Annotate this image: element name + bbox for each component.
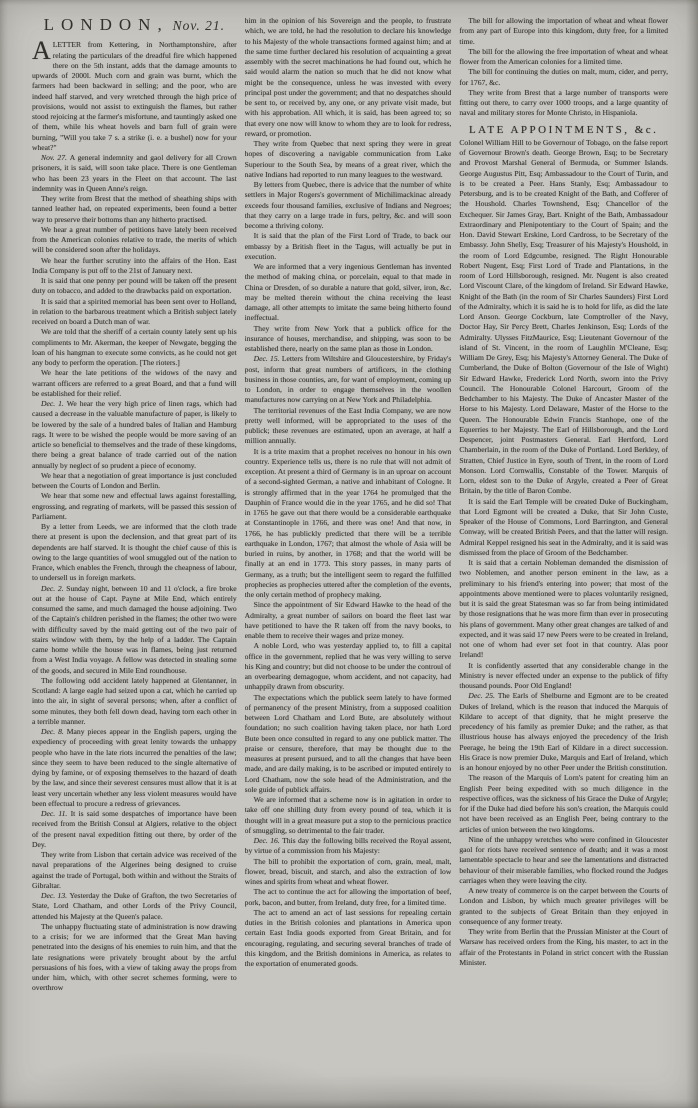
news-paragraph: They write from New York that a publick … [245,324,452,355]
column-2-blocks: him in the opinion of his Sovereign and … [245,16,452,969]
dateline: Dec. 1. [41,399,67,408]
news-paragraph: We hear that some new and effectual laws… [32,491,237,522]
masthead: LONDON, Nov. 21. [32,20,237,33]
column-1-blocks: ALETTER from Kettering, in Northamptonsh… [32,40,237,993]
news-column-1: LONDON, Nov. 21. ALETTER from Kettering,… [32,16,237,1108]
news-paragraph: We hear a great number of petitions have… [32,225,237,256]
news-paragraph: Nov. 27. A general indemnity and gaol de… [32,153,237,194]
news-paragraph: The act to amend an act of last sessions… [245,908,452,970]
masthead-city: LONDON, [44,16,169,34]
news-paragraph: It is said that the plan of the First Lo… [245,231,452,262]
news-paragraph: ALETTER from Kettering, in Northamptonsh… [32,40,237,153]
news-paragraph: We hear that a negotiation of great impo… [32,471,237,492]
news-paragraph: We hear the further scrutiny into the af… [32,256,237,277]
news-paragraph: It is said the Earl Temple will be creat… [459,497,668,559]
news-paragraph: The reason of the Marquis of Lorn's pate… [459,773,668,835]
news-paragraph: By a letter from Leeds, we are informed … [32,522,237,584]
dateline: Dec. 8. [41,727,67,736]
news-paragraph: him in the opinion of his Sovereign and … [245,16,452,139]
news-paragraph: We are informed that a very ingenious Ge… [245,262,452,324]
news-paragraph: Dec. 13. Yesterday the Duke of Grafton, … [32,891,237,922]
dateline: Dec. 13. [41,891,69,900]
dateline: Dec. 2. [41,584,66,593]
news-paragraph: It is said that a certain Nobleman deman… [459,558,668,661]
news-paragraph: Dec. 2. Sunday night, between 10 and 11 … [32,584,237,676]
news-paragraph: The territorial revenues of the East Ind… [245,406,452,447]
news-paragraph: We are informed that a scheme now is in … [245,795,452,836]
news-paragraph: It is said that one penny per pound will… [32,276,237,297]
news-paragraph: Dec. 1. We hear the very high price of l… [32,399,237,471]
dateline: Nov. 27. [41,153,70,162]
news-paragraph: A noble Lord, who was yesterday applied … [245,641,452,692]
drop-cap: A [32,40,53,61]
news-paragraph: By letters from Quebec, there is advice … [245,180,452,231]
column-layout: LONDON, Nov. 21. ALETTER from Kettering,… [32,16,668,1108]
news-paragraph: Dec. 11. It is said some despatches of i… [32,809,237,850]
masthead-date: Nov. 21. [173,18,225,33]
news-paragraph: Dec. 25. The Earls of Shelburne and Egmo… [459,691,668,773]
news-paragraph: They write from Berlin that the Prussian… [459,927,668,968]
news-paragraph: They write from Quebec that next spring … [245,139,452,180]
dateline: Dec. 16. [254,836,282,845]
news-paragraph: The act to continue the act for allowing… [245,887,452,908]
news-paragraph: The bill for allowing the importation of… [459,16,668,47]
news-paragraph: It is confidently asserted that any cons… [459,661,668,692]
news-paragraph: Nine of the unhappy wretches who were co… [459,835,668,886]
newspaper-page: LONDON, Nov. 21. ALETTER from Kettering,… [0,0,698,1108]
news-paragraph: It is said that a spirited memorial has … [32,297,237,328]
news-paragraph: Colonel William Hill to be Governour of … [459,138,668,497]
news-paragraph: They write from Brest that a large numbe… [459,88,668,119]
news-paragraph: They write from Brest that the method of… [32,194,237,225]
news-paragraph: The bill for continuing the duties on ma… [459,67,668,88]
news-paragraph: Since the appointment of Sir Edward Hawk… [245,600,452,641]
news-paragraph: The expectations which the publick seem … [245,693,452,796]
news-paragraph: We are told that the sheriff of a certai… [32,327,237,368]
news-paragraph: Dec. 16. This day the following bills re… [245,836,452,857]
news-paragraph: They write from Lisbon that certain advi… [32,850,237,891]
dateline: Dec. 11. [41,809,71,818]
column-3-blocks: The bill for allowing the importation of… [459,16,668,968]
news-paragraph: The bill to prohibit the exportation of … [245,857,452,888]
dateline: Dec. 15. [254,354,282,363]
news-column-2: him in the opinion of his Sovereign and … [245,16,452,1108]
news-paragraph: We hear the late petitions of the widows… [32,368,237,399]
news-paragraph: The following odd accident lately happen… [32,676,237,727]
section-heading: LATE APPOINTMENTS, &c. [459,125,668,135]
news-paragraph: Dec. 15. Letters from Wiltshire and Glou… [245,354,452,405]
news-paragraph: The unhappy fluctuating state of adminis… [32,922,237,994]
news-column-3: The bill for allowing the importation of… [459,16,668,1108]
news-paragraph: It is a trite maxim that a prophet recei… [245,447,452,601]
news-paragraph: A new treaty of commerce is on the carpe… [459,886,668,927]
news-paragraph: Dec. 8. Many pieces appear in the Englis… [32,727,237,809]
dateline: Dec. 25. [468,691,497,700]
news-paragraph: The bill for the allowing the free impor… [459,47,668,68]
